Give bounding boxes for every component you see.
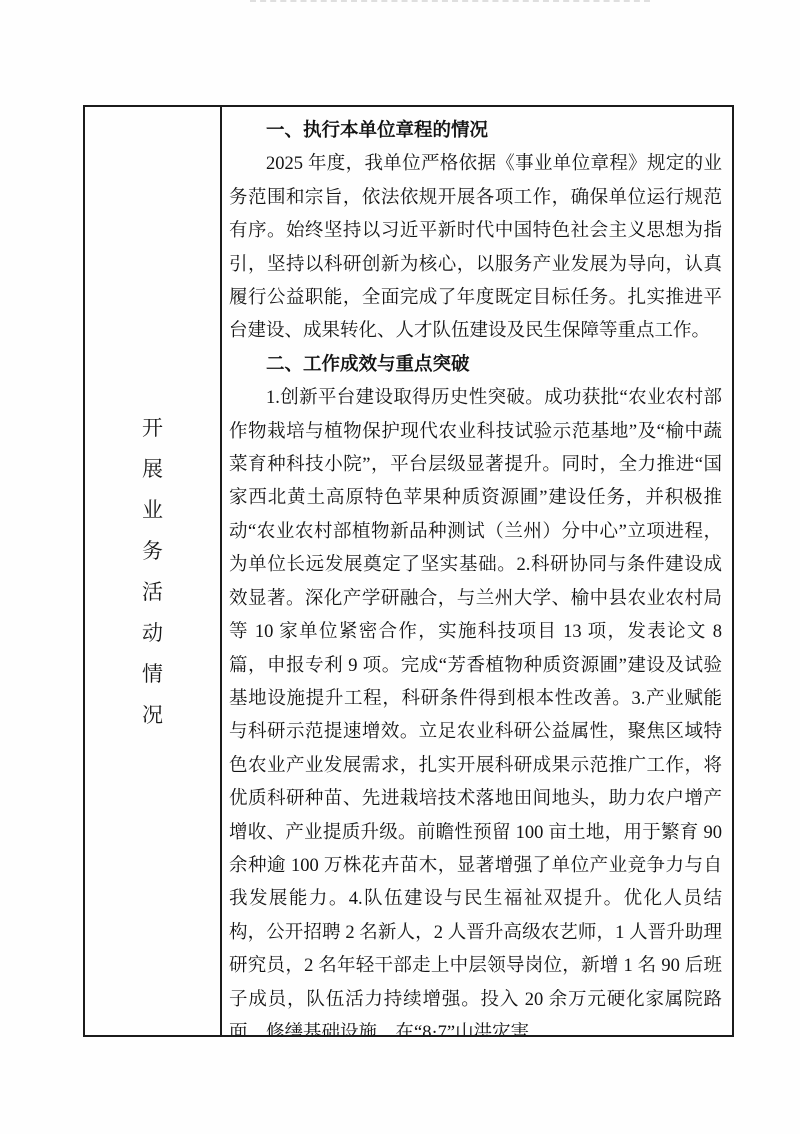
section-1-body: 2025 年度，我单位严格依据《事业单位章程》规定的业务范围和宗旨，依法依规开展…	[229, 148, 722, 348]
row-header-char: 活	[142, 581, 163, 603]
row-header-char: 开	[142, 417, 163, 439]
row-header-char: 业	[142, 499, 163, 521]
activities-content-cell: 一、执行本单位章程的情况 2025 年度，我单位严格依据《事业单位章程》规定的业…	[222, 107, 732, 1035]
row-header-char: 展	[142, 458, 163, 480]
row-header-char: 动	[142, 622, 163, 644]
section-2-heading: 二、工作成效与重点突破	[229, 349, 722, 382]
scan-artifact-top-edge	[250, 0, 650, 2]
document-page: 开 展 业 务 活 动 情 况 一、执行本单位章程的情况 2025 年度，我单位…	[0, 0, 800, 1134]
section-2-body: 1.创新平台建设取得历史性突破。成功获批“农业农村部作物栽培与植物保护现代农业科…	[229, 382, 722, 1035]
section-1-heading: 一、执行本单位章程的情况	[229, 115, 722, 148]
row-header-char: 情	[142, 663, 163, 685]
business-activities-table: 开 展 业 务 活 动 情 况 一、执行本单位章程的情况 2025 年度，我单位…	[83, 105, 734, 1037]
row-header-cell: 开 展 业 务 活 动 情 况	[85, 107, 222, 1035]
row-header-char: 况	[142, 704, 163, 726]
row-header-char: 务	[142, 540, 163, 562]
